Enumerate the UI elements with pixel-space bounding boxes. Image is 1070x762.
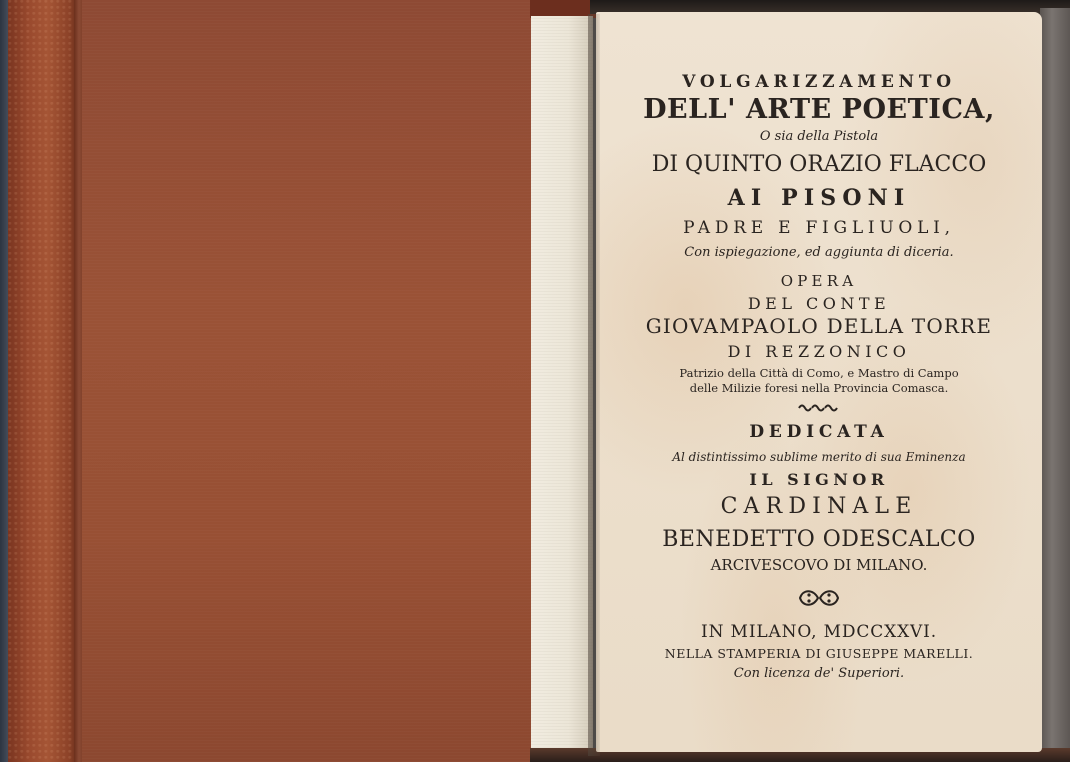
recipients-detail-line: PADRE E FIGLIUOLI, (596, 218, 1042, 238)
book-spine (8, 0, 80, 762)
printer-line: NELLA STAMPERIA DI GIUSEPPE MARELLI. (596, 646, 1042, 661)
title-line-2: DELL' ARTE POETICA, (596, 94, 1042, 125)
front-cover-inside (82, 0, 532, 762)
wave-ornament-icon (596, 402, 1042, 412)
gutter-shadow (588, 14, 600, 756)
dedicatee-title-line: IL SIGNOR (596, 470, 1042, 489)
title-page: VOLGARIZZAMENTO DELL' ARTE POETICA, O si… (596, 12, 1042, 752)
author-latin-line: DI QUINTO ORAZIO FLACCO (596, 152, 1042, 177)
cardinal-line: CARDINALE (596, 494, 1042, 519)
subtitle-line: O sia della Pistola (596, 129, 1042, 144)
title-line-1: VOLGARIZZAMENTO (596, 72, 1042, 92)
fleuron-ornament-icon (596, 586, 1042, 610)
del-conte-line: DEL CONTE (596, 294, 1042, 313)
translator-name-line: GIOVAMPAOLO DELLA TORRE (596, 314, 1042, 338)
opera-line: OPERA (596, 272, 1042, 290)
imprint-place-date-line: IN MILANO, MDCCXXVI. (596, 622, 1042, 642)
translator-place-line: DI REZZONICO (596, 342, 1042, 361)
flyleaf (531, 16, 593, 754)
recipients-line: AI PISONI (596, 185, 1042, 211)
license-line: Con licenza de' Superiori. (596, 666, 1042, 681)
dedicatee-role-line: ARCIVESCOVO DI MILANO. (596, 556, 1042, 574)
back-board-edge (1040, 8, 1070, 762)
dedication-heading: DEDICATA (596, 422, 1042, 442)
dedicatee-name-line: BENEDETTO ODESCALCO (596, 527, 1042, 552)
explanation-line: Con ispiegazione, ed aggiunta di diceria… (596, 245, 1042, 260)
dedication-line: Al distintissimo sublime merito di sua E… (596, 450, 1042, 464)
translator-title-line-1: Patrizio della Città di Como, e Mastro d… (596, 366, 1042, 380)
translator-title-line-2: delle Milizie foresi nella Provincia Com… (596, 381, 1042, 395)
